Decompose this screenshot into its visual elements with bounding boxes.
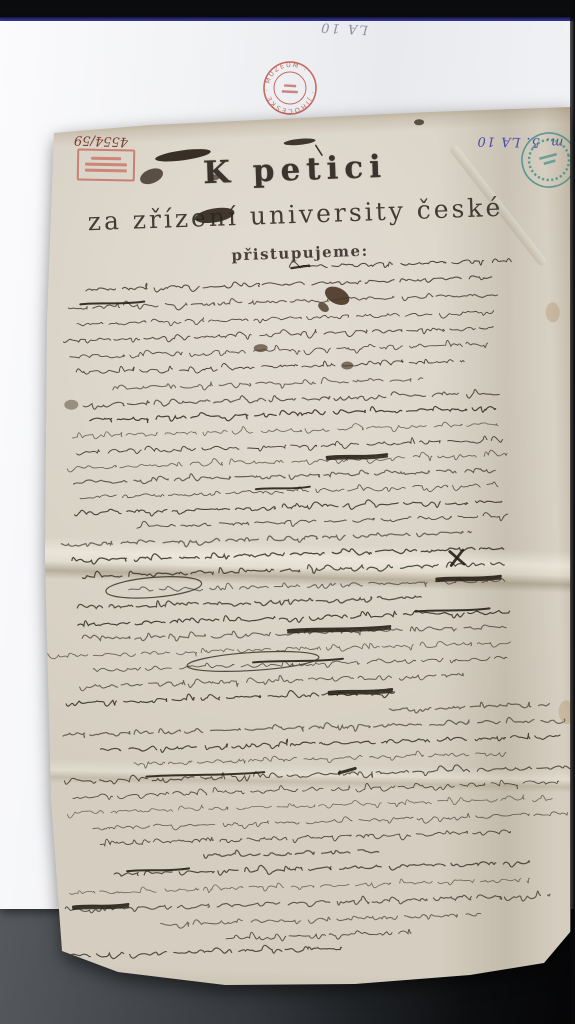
handwritten-signatures-block — [0, 0, 575, 1024]
petition-sheet-shadow: K petici za zřízení university české při… — [0, 0, 575, 1024]
petition-sheet: K petici za zřízení university české při… — [0, 0, 575, 1024]
right-edge-shadow — [570, 0, 575, 1024]
photo-of-petition-document: { "scene": { "background_color": "#0b0c0… — [0, 0, 575, 1024]
